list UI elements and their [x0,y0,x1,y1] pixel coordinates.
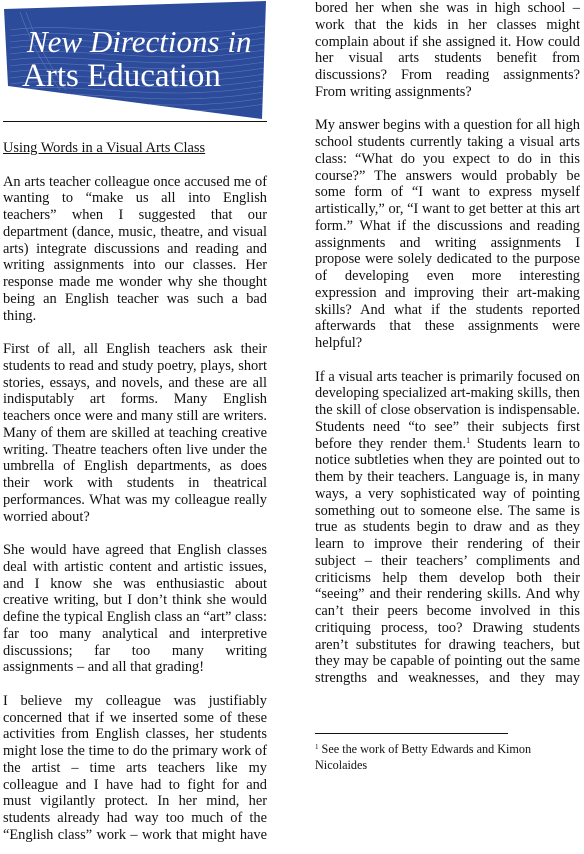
paragraph: An arts teacher colleague once accused m… [3,174,267,325]
paragraph: My answer begins with a question for all… [315,117,580,352]
footnote-separator [315,733,508,734]
left-column: Using Words in a Visual Arts Class An ar… [3,140,267,854]
new-directions-logo: New Directions in Arts Education [0,0,272,122]
footnote-text: See the work of Betty Edwards and Kimon … [315,742,531,772]
paragraph: I believe my colleague was justifiably c… [3,693,267,844]
paragraph: She would have agreed that English class… [3,542,267,676]
paragraph-text: Students learn to notice subtleties when… [315,436,580,687]
footnote-reference[interactable]: 1 [466,436,470,445]
right-column: bored her when she was in high school – … [315,0,580,704]
article-title: Using Words in a Visual Arts Class [3,140,267,157]
logo-line-1: New Directions in [26,24,251,59]
logo-line-2: Arts Education [22,58,221,94]
footnote-marker: 1 [315,743,319,751]
paragraph: First of all, all English teachers ask t… [3,341,267,525]
paragraph: If a visual arts teacher is primarily fo… [315,369,580,687]
header-rule [3,121,267,122]
paragraph: bored her when she was in high school – … [315,0,580,101]
footnote: 1 See the work of Betty Edwards and Kimo… [315,741,580,773]
